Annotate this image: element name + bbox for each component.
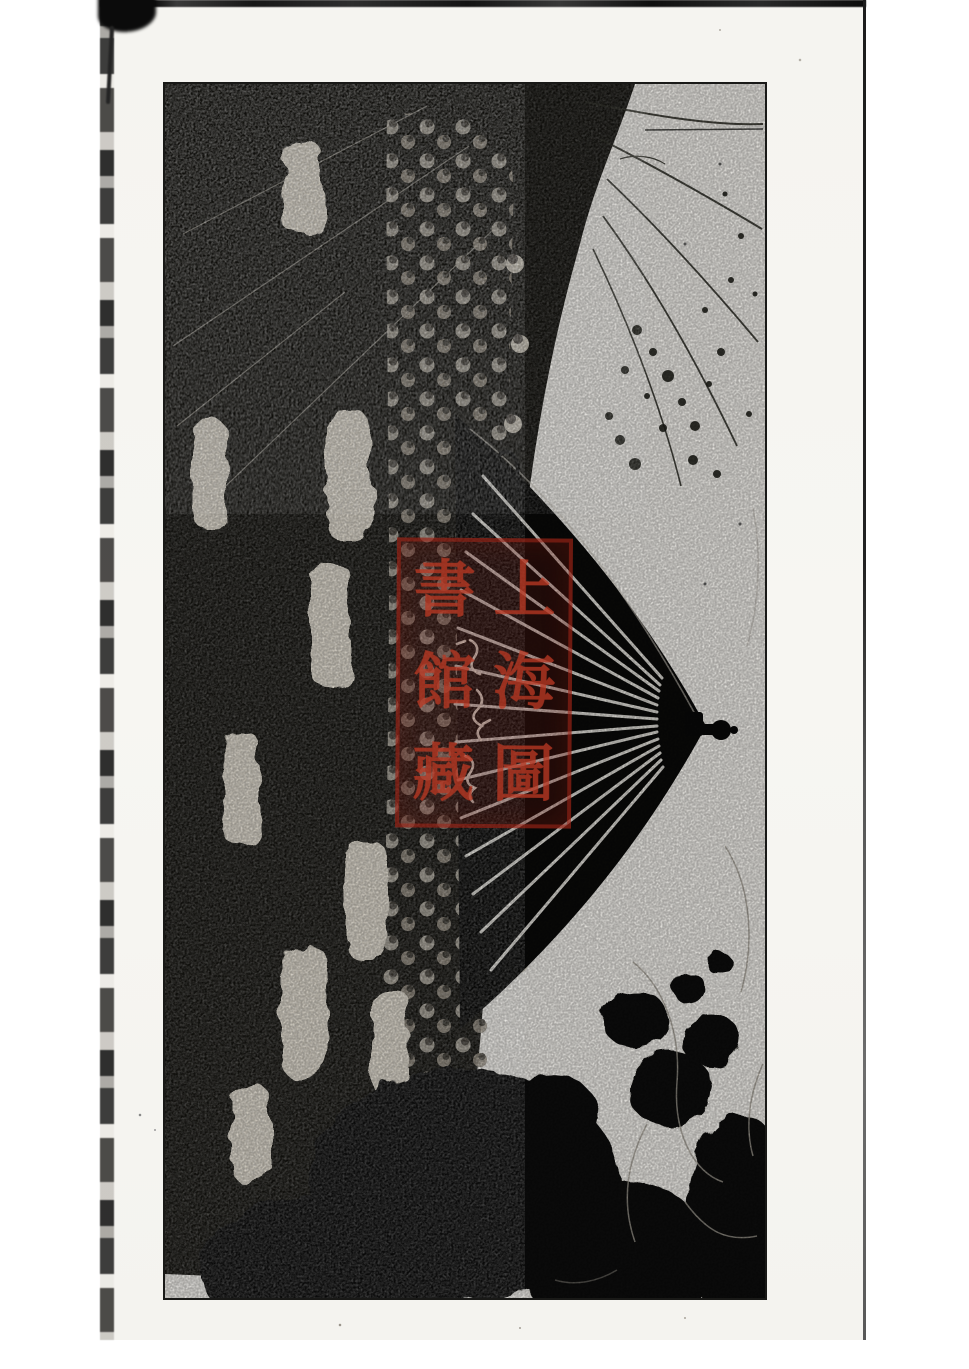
seal-column-right: 上 海 圖 <box>486 547 562 820</box>
seal-column-left: 書 館 藏 <box>406 546 482 819</box>
seal-character: 館 <box>407 638 482 727</box>
scanner-bed: 上 海 圖 書 館 藏 <box>0 0 969 1369</box>
scanned-page: 上 海 圖 書 館 藏 <box>100 0 866 1340</box>
library-seal: 上 海 圖 書 館 藏 <box>395 537 573 828</box>
seal-character: 上 <box>487 547 562 636</box>
seal-columns: 上 海 圖 書 館 藏 <box>406 546 562 819</box>
page-edge-left-binding-shadow <box>100 0 114 1340</box>
seal-character: 書 <box>407 546 482 635</box>
seal-character: 圖 <box>486 731 561 820</box>
page-edge-right-line <box>863 0 866 1340</box>
page-corner-smudge <box>98 0 156 32</box>
seal-character: 海 <box>487 639 562 728</box>
seal-character: 藏 <box>406 730 481 819</box>
page-edge-top-smudge <box>100 0 866 7</box>
